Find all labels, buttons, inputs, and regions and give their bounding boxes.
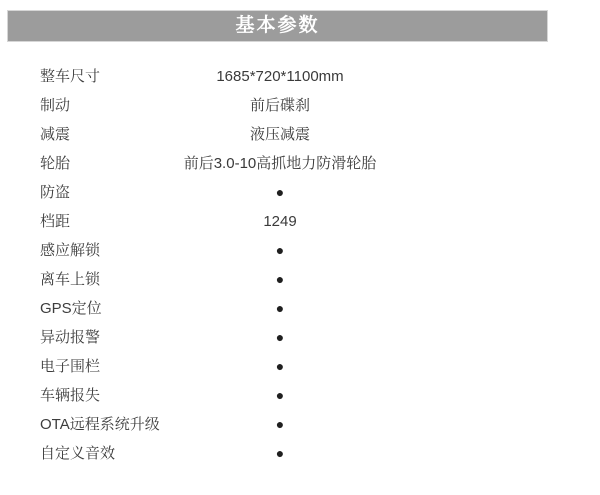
spec-row: 感应解锁 ● [0,236,600,265]
spec-label: 档距 [40,207,70,236]
feature-dot: ● [130,265,430,294]
spec-label: 轮胎 [40,149,70,178]
spec-row: 异动报警 ● [0,323,600,352]
feature-dot: ● [130,294,430,323]
feature-dot: ● [130,439,430,468]
spec-label: 异动报警 [40,323,100,352]
feature-dot: ● [130,178,430,207]
spec-label: 减震 [40,120,70,149]
spec-row: 档距 1249 [0,207,600,236]
feature-dot: ● [130,236,430,265]
spec-row: 制动 前后碟刹 [0,91,600,120]
spec-row: OTA远程系统升级 ● [0,410,600,439]
spec-value: 前后碟刹 [130,91,430,120]
spec-value: 前后3.0-10高抓地力防滑轮胎 [130,149,430,178]
spec-value: 液压减震 [130,120,430,149]
spec-row: GPS定位 ● [0,294,600,323]
spec-label: 整车尺寸 [40,62,100,91]
spec-label: GPS定位 [40,294,102,323]
spec-label: 车辆报失 [40,381,100,410]
spec-row: 整车尺寸 1685*720*1100mm [0,62,600,91]
spec-row: 减震 液压减震 [0,120,600,149]
spec-value: 1685*720*1100mm [130,62,430,91]
spec-label: 感应解锁 [40,236,100,265]
spec-row: 离车上锁 ● [0,265,600,294]
spec-row: 车辆报失 ● [0,381,600,410]
spec-row: 轮胎 前后3.0-10高抓地力防滑轮胎 [0,149,600,178]
spec-row: 电子围栏 ● [0,352,600,381]
feature-dot: ● [130,352,430,381]
spec-label: 防盗 [40,178,70,207]
spec-label: 电子围栏 [40,352,100,381]
spec-row: 防盗 ● [0,178,600,207]
feature-dot: ● [130,323,430,352]
feature-dot: ● [130,410,430,439]
feature-dot: ● [130,381,430,410]
spec-row: 自定义音效 ● [0,439,600,468]
spec-label: 自定义音效 [40,439,115,468]
spec-value: 1249 [130,207,430,236]
section-title: 基本参数 [235,15,319,36]
section-header-basic-parameters: 基本参数 [7,10,548,42]
spec-label: 制动 [40,91,70,120]
spec-label: 离车上锁 [40,265,100,294]
spec-table: 整车尺寸 1685*720*1100mm 制动 前后碟刹 减震 液压减震 轮胎 … [0,62,600,468]
